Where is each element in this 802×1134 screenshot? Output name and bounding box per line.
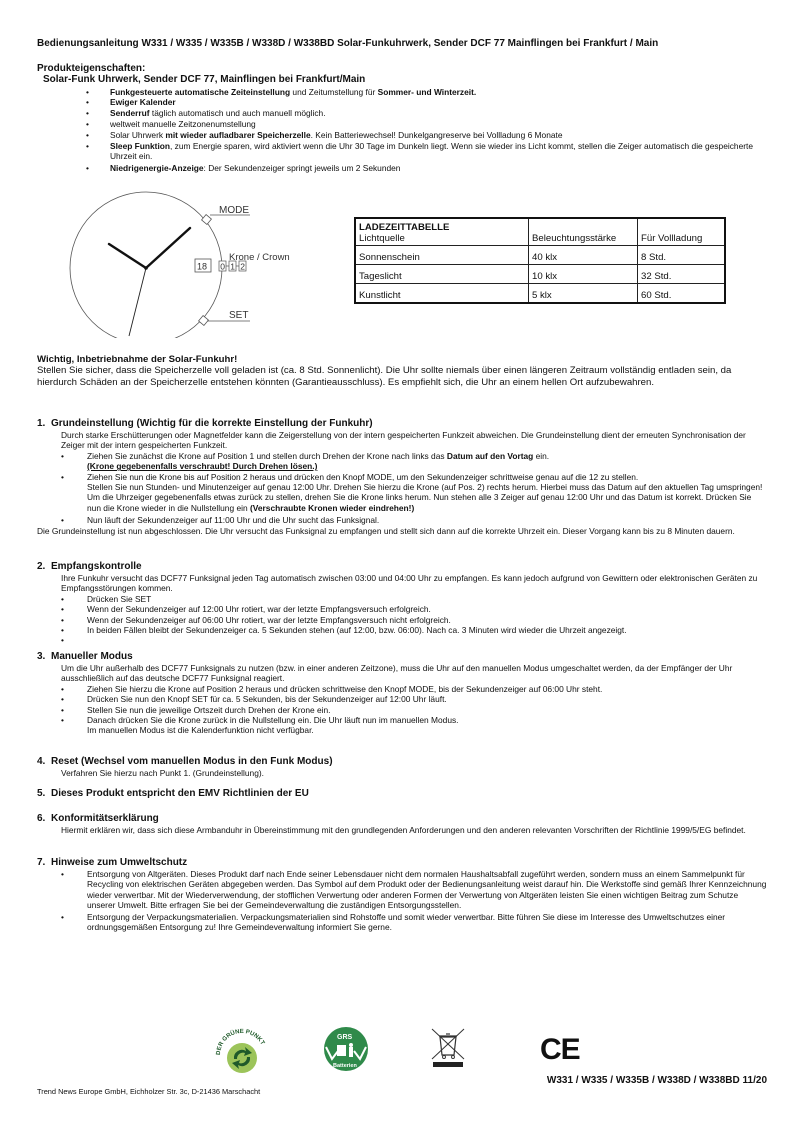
document-title: Bedienungsanleitung W331 / W335 / W335B … — [37, 39, 658, 49]
svg-text:Batterien: Batterien — [333, 1063, 357, 1069]
company-address: Trend News Europe GmbH, Eichholzer Str. … — [37, 1087, 260, 1097]
charge-time-table: LADEZEITTABELLELichtquelle Beleuchtungss… — [354, 217, 726, 304]
list-item: Ziehen Sie hierzu die Krone auf Position… — [61, 684, 767, 694]
list-item: Ziehen Sie zunächst die Krone auf Positi… — [61, 451, 767, 472]
list-item: Ziehen Sie nun die Krone bis auf Positio… — [61, 472, 767, 514]
feature-list: Funkgesteuerte automatische Zeiteinstell… — [86, 87, 766, 173]
section-heading: 3.Manueller Modus — [37, 651, 767, 663]
feature-item: Niedrigenergie-Anzeige: Der Sekundenzeig… — [86, 163, 766, 173]
feature-item: Funkgesteuerte automatische Zeiteinstell… — [86, 87, 766, 97]
svg-text:GRS: GRS — [337, 1034, 353, 1041]
section-text: Verfahren Sie hierzu nach Punkt 1. (Grun… — [37, 768, 767, 778]
list-item: Wenn der Sekundenzeiger auf 12:00 Uhr ro… — [61, 604, 767, 614]
crown-position-2: 2 — [240, 262, 245, 272]
warning-title: Wichtig, Inbetriebnahme der Solar-Funkuh… — [37, 354, 767, 365]
list-item: Entsorgung der Verpackungsmaterialien. V… — [61, 912, 767, 933]
section-intro: Um die Uhr außerhalb des DCF77 Funksigna… — [37, 663, 767, 684]
crown-position-1: 1 — [230, 262, 235, 272]
table-row: Kunstlicht 5 klx 60 Std. — [355, 284, 725, 304]
section-heading: 2.Empfangskontrolle — [37, 561, 767, 573]
feature-item: Solar Uhrwerk mit wieder aufladbarer Spe… — [86, 130, 766, 140]
set-label: SET — [229, 310, 248, 321]
table-row: Sonnenschein 40 klx 8 Std. — [355, 246, 725, 265]
table-header-cell: Beleuchtungsstärke — [529, 218, 638, 246]
section-emv: 5.Dieses Produkt entspricht den EMV Rich… — [37, 788, 767, 800]
date-window: 18 — [197, 262, 207, 272]
list-item: In beiden Fällen bleibt der Sekundenzeig… — [61, 625, 767, 635]
certification-logos: DER GRÜNE PUNKT GRS Batterien CE — [0, 1025, 802, 1075]
section-konformitaet: 6.Konformitätserklärung Hiermit erklären… — [37, 813, 767, 835]
list-item: Wenn der Sekundenzeiger auf 06:00 Uhr ro… — [61, 615, 767, 625]
section-reset: 4.Reset (Wechsel vom manuellen Modus in … — [37, 756, 767, 778]
crown-note: (Krone gegebenenfalls verschraubt! Durch… — [87, 461, 767, 471]
feature-item: Senderruf täglich automatisch und auch m… — [86, 108, 766, 118]
section-umweltschutz: 7.Hinweise zum Umweltschutz Entsorgung v… — [37, 857, 767, 932]
list-item: Nun läuft der Sekundenzeiger auf 11:00 U… — [61, 515, 767, 525]
gruener-punkt-icon: DER GRÜNE PUNKT — [212, 1025, 272, 1075]
section-heading: 6.Konformitätserklärung — [37, 813, 767, 825]
section-empfangskontrolle: 2.Empfangskontrolle Ihre Funkuhr versuch… — [37, 561, 767, 641]
section-heading: 5.Dieses Produkt entspricht den EMV Rich… — [37, 788, 767, 800]
table-row: Tageslicht 10 klx 32 Std. — [355, 265, 725, 284]
list-item: Stellen Sie nun die jeweilige Ortszeit d… — [61, 705, 767, 715]
section-intro: Ihre Funkuhr versucht das DCF77 Funksign… — [37, 573, 767, 594]
ce-mark-icon: CE — [540, 1035, 580, 1065]
list-item — [61, 635, 767, 641]
crown-position-0: 0 — [220, 262, 225, 272]
table-header-cell: LADEZEITTABELLELichtquelle — [355, 218, 529, 246]
feature-item: weltweit manuelle Zeitzonenumstellung — [86, 119, 766, 129]
grs-batterien-icon: GRS Batterien — [322, 1025, 370, 1075]
table-header-row: LADEZEITTABELLELichtquelle Beleuchtungss… — [355, 218, 725, 246]
product-subheading: Solar-Funk Uhrwerk, Sender DCF 77, Mainf… — [43, 74, 365, 86]
section-manueller-modus: 3.Manueller Modus Um die Uhr außerhalb d… — [37, 651, 767, 736]
list-item: Drücken Sie SET — [61, 594, 767, 604]
mode-label: MODE — [219, 205, 249, 216]
feature-item: Sleep Funktion, zum Energie sparen, wird… — [86, 141, 766, 162]
warning-block: Wichtig, Inbetriebnahme der Solar-Funkuh… — [37, 354, 767, 388]
table-header-cell: Für Vollladung — [638, 218, 726, 246]
list-item: Drücken Sie nun den Knopf SET für ca. 5 … — [61, 694, 767, 704]
list-item: Danach drücken Sie die Krone zurück in d… — [61, 715, 767, 736]
section-intro: Durch starke Erschütterungen oder Magnet… — [37, 430, 767, 451]
section-text: Hiermit erklären wir, dass sich diese Ar… — [37, 825, 767, 835]
section-heading: 7.Hinweise zum Umweltschutz — [37, 857, 767, 869]
section-grundeinstellung: 1.Grundeinstellung (Wichtig für die korr… — [37, 418, 767, 536]
crown-label: Krone / Crown — [229, 252, 290, 263]
model-code: W331 / W335 / W335B / W338D / W338BD 11/… — [547, 1076, 767, 1086]
weee-bin-icon — [430, 1027, 466, 1069]
feature-item: Ewiger Kalender — [86, 97, 766, 107]
section-heading: 4.Reset (Wechsel vom manuellen Modus in … — [37, 756, 767, 768]
list-item: Entsorgung von Altgeräten. Dieses Produk… — [61, 869, 767, 911]
watch-diagram: MODE SET Krone / Crown 18 0 1 2 — [60, 188, 330, 338]
warning-text: Stellen Sie sicher, dass die Speicherzel… — [37, 365, 767, 388]
section-outro: Die Grundeinstellung ist nun abgeschloss… — [37, 526, 767, 536]
section-heading: 1.Grundeinstellung (Wichtig für die korr… — [37, 418, 767, 430]
